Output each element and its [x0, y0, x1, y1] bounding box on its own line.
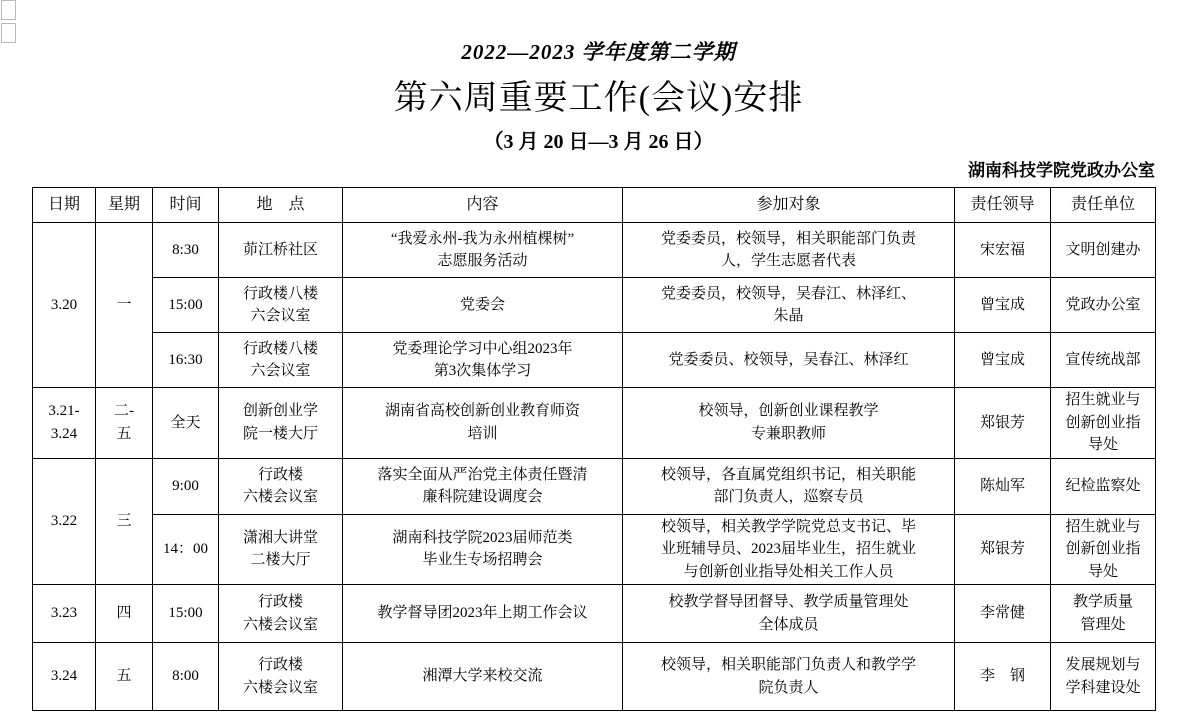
cell-content: 党委会 [343, 278, 623, 333]
cell-location: 创新创业学 院一楼大厅 [219, 388, 343, 459]
cell-unit: 教学质量 管理处 [1051, 585, 1156, 643]
page-corner-mark [1, 23, 16, 43]
cell-content: 教学督导团2023年上期工作会议 [343, 585, 623, 643]
column-header-location: 地 点 [219, 188, 343, 223]
cell-date: 3.23 [33, 585, 96, 643]
cell-participants: 校领导，各直属党组织书记，相关职能 部门负责人，巡察专员 [623, 458, 955, 514]
table-row: 3.23 四 15:00 行政楼 六楼会议室 教学督导团2023年上期工作会议 … [33, 585, 1156, 643]
cell-time: 8:00 [153, 643, 219, 711]
cell-unit: 招生就业与 创新创业指 导处 [1051, 388, 1156, 459]
cell-leader: 李 钢 [955, 643, 1051, 711]
cell-date: 3.20 [33, 223, 96, 388]
cell-leader: 曾宝成 [955, 333, 1051, 388]
page-title: 第六周重要工作(会议)安排 [0, 70, 1197, 119]
cell-location: 行政楼 六楼会议室 [219, 643, 343, 711]
cell-content: 党委理论学习中心组2023年 第3次集体学习 [343, 333, 623, 388]
cell-time: 14：00 [153, 514, 219, 585]
cell-weekday: 一 [96, 223, 153, 388]
cell-time: 16:30 [153, 333, 219, 388]
page-corner-mark [1, 0, 16, 20]
cell-weekday: 三 [96, 458, 153, 585]
cell-weekday: 二- 五 [96, 388, 153, 459]
table-row: 3.22 三 9:00 行政楼 六楼会议室 落实全面从严治党主体责任暨清 廉科院… [33, 458, 1156, 514]
cell-content: “我爱永州-我为永州植棵树” 志愿服务活动 [343, 223, 623, 278]
cell-time: 8:30 [153, 223, 219, 278]
cell-location: 行政楼八楼 六会议室 [219, 278, 343, 333]
column-header-leader: 责任领导 [955, 188, 1051, 223]
document-page: 2022—2023 学年度第二学期 第六周重要工作(会议)安排 （3 月 20 … [0, 0, 1197, 711]
cell-date: 3.24 [33, 643, 96, 711]
table-row: 3.21- 3.24 二- 五 全天 创新创业学 院一楼大厅 湖南省高校创新创业… [33, 388, 1156, 459]
cell-weekday: 四 [96, 585, 153, 643]
cell-location: 行政楼 六楼会议室 [219, 585, 343, 643]
cell-time: 15:00 [153, 585, 219, 643]
cell-date: 3.22 [33, 458, 96, 585]
table-row: 14：00 潇湘大讲堂 二楼大厅 湖南科技学院2023届师范类 毕业生专场招聘会… [33, 514, 1156, 585]
semester-title: 2022—2023 学年度第二学期 [0, 36, 1197, 66]
column-header-unit: 责任单位 [1051, 188, 1156, 223]
cell-unit: 宣传统战部 [1051, 333, 1156, 388]
cell-content: 湘潭大学来校交流 [343, 643, 623, 711]
cell-location: 行政楼八楼 六会议室 [219, 333, 343, 388]
date-range: （3 月 20 日—3 月 26 日） [0, 125, 1197, 154]
cell-location: 潇湘大讲堂 二楼大厅 [219, 514, 343, 585]
cell-content: 落实全面从严治党主体责任暨清 廉科院建设调度会 [343, 458, 623, 514]
table-row: 3.20 一 8:30 茆江桥社区 “我爱永州-我为永州植棵树” 志愿服务活动 … [33, 223, 1156, 278]
cell-participants: 校教学督导团督导、教学质量管理处 全体成员 [623, 585, 955, 643]
cell-unit: 招生就业与 创新创业指 导处 [1051, 514, 1156, 585]
cell-location: 行政楼 六楼会议室 [219, 458, 343, 514]
column-header-weekday: 星期 [96, 188, 153, 223]
cell-unit: 文明创建办 [1051, 223, 1156, 278]
table-row: 16:30 行政楼八楼 六会议室 党委理论学习中心组2023年 第3次集体学习 … [33, 333, 1156, 388]
issuing-office: 湖南科技学院党政办公室 [0, 156, 1155, 181]
cell-participants: 党委委员、校领导，吴春江、林泽红 [623, 333, 955, 388]
cell-participants: 党委委员，校领导，吴春江、林泽红、 朱晶 [623, 278, 955, 333]
cell-participants: 校领导，相关教学学院党总支书记、毕 业班辅导员、2023届毕业生，招生就业 与创… [623, 514, 955, 585]
cell-participants: 校领导，相关职能部门负责人和教学学 院负责人 [623, 643, 955, 711]
cell-unit: 纪检监察处 [1051, 458, 1156, 514]
cell-date: 3.21- 3.24 [33, 388, 96, 459]
cell-participants: 校领导，创新创业课程教学 专兼职教师 [623, 388, 955, 459]
cell-leader: 郑银芳 [955, 388, 1051, 459]
cell-content: 湖南省高校创新创业教育师资 培训 [343, 388, 623, 459]
cell-participants: 党委委员，校领导，相关职能部门负责 人，学生志愿者代表 [623, 223, 955, 278]
cell-weekday: 五 [96, 643, 153, 711]
header-row: 日期 星期 时间 地 点 内容 参加对象 责任领导 责任单位 [33, 188, 1156, 223]
column-header-content: 内容 [343, 188, 623, 223]
cell-leader: 曾宝成 [955, 278, 1051, 333]
cell-leader: 李常健 [955, 585, 1051, 643]
column-header-participants: 参加对象 [623, 188, 955, 223]
column-header-time: 时间 [153, 188, 219, 223]
cell-unit: 发展规划与 学科建设处 [1051, 643, 1156, 711]
title-block: 2022—2023 学年度第二学期 第六周重要工作(会议)安排 （3 月 20 … [0, 0, 1197, 154]
cell-time: 全天 [153, 388, 219, 459]
column-header-date: 日期 [33, 188, 96, 223]
table-row: 15:00 行政楼八楼 六会议室 党委会 党委委员，校领导，吴春江、林泽红、 朱… [33, 278, 1156, 333]
cell-time: 15:00 [153, 278, 219, 333]
cell-content: 湖南科技学院2023届师范类 毕业生专场招聘会 [343, 514, 623, 585]
cell-time: 9:00 [153, 458, 219, 514]
table-row: 3.24 五 8:00 行政楼 六楼会议室 湘潭大学来校交流 校领导，相关职能部… [33, 643, 1156, 711]
cell-location: 茆江桥社区 [219, 223, 343, 278]
cell-leader: 宋宏福 [955, 223, 1051, 278]
cell-leader: 陈灿军 [955, 458, 1051, 514]
schedule-table: 日期 星期 时间 地 点 内容 参加对象 责任领导 责任单位 3.20 一 8:… [32, 187, 1156, 711]
cell-unit: 党政办公室 [1051, 278, 1156, 333]
cell-leader: 郑银芳 [955, 514, 1051, 585]
